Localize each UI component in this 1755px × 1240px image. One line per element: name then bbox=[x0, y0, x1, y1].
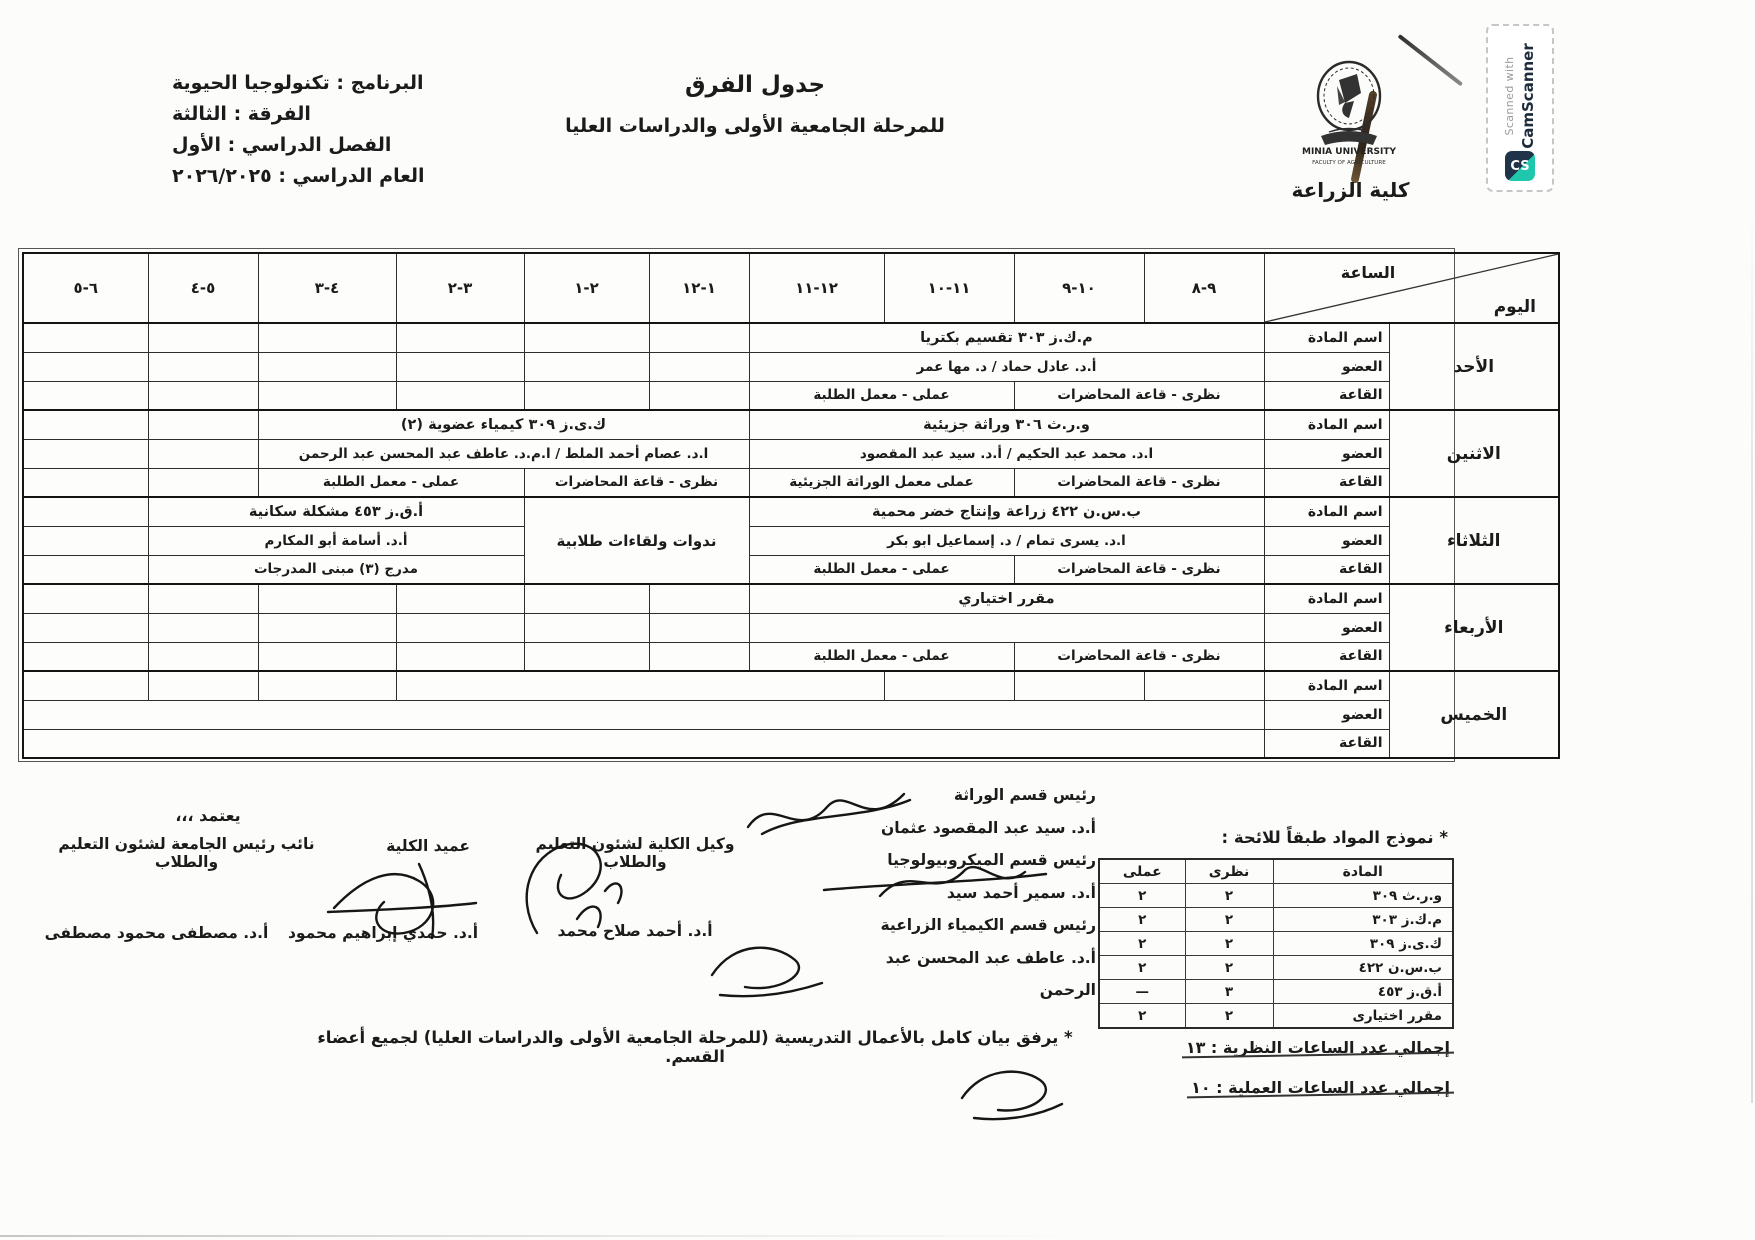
scan-artifact-needle bbox=[1398, 34, 1464, 86]
empty-cell bbox=[258, 381, 396, 410]
corner-hour-label: الساعة bbox=[1341, 263, 1395, 282]
year-line: العام الدراسي : ٢٠٢٦/٢٠٢٥ bbox=[172, 161, 462, 192]
day-thursday: الخميس bbox=[1389, 671, 1559, 758]
row-label-hall: القاعة bbox=[1264, 555, 1389, 584]
empty-cell bbox=[649, 352, 749, 381]
material-code: ب.س.ن ٤٢٢ bbox=[1273, 956, 1453, 980]
empty-cell bbox=[23, 497, 148, 526]
tuesday-hall-right-practical: عملى - معمل الطلبة bbox=[749, 555, 1014, 584]
slot-9-10: ١٠-٩ bbox=[1014, 253, 1144, 323]
empty-cell bbox=[148, 323, 258, 352]
sunday-lecturer: أ.د. عادل حماد / د. مها عمر bbox=[749, 352, 1264, 381]
empty-cell bbox=[649, 642, 749, 671]
monday-hall-right-theory: نظرى - قاعة المحاضرات bbox=[1014, 468, 1264, 497]
total-practical-hours: إجمالي عدد الساعات العملية : ١٠ bbox=[1105, 1078, 1450, 1097]
wednesday-lecturer-row: العضو bbox=[23, 613, 1559, 642]
sunday-hall-theory: نظرى - قاعة المحاضرات bbox=[1014, 381, 1264, 410]
empty-cell bbox=[524, 642, 649, 671]
grade-line: الفرقة : الثالثة bbox=[172, 99, 462, 130]
signature-vice-dean bbox=[505, 835, 640, 945]
tuesday-subject-left: أ.ق.ز ٤٥٣ مشكلة سكانية bbox=[148, 497, 524, 526]
slot-11-12: ١٢-١١ bbox=[749, 253, 884, 323]
wednesday-hall-practical: عملى - معمل الطلبة bbox=[749, 642, 1014, 671]
empty-cell bbox=[396, 642, 524, 671]
row-label-hall: القاعة bbox=[1264, 729, 1389, 758]
empty-cell bbox=[258, 352, 396, 381]
total-theory-text: إجمالي عدد الساعات النظرية : ١٣ bbox=[1186, 1038, 1450, 1057]
empty-cell bbox=[396, 613, 524, 642]
empty-cell bbox=[649, 613, 749, 642]
empty-cell bbox=[396, 323, 524, 352]
slot-3-4: ٤-٣ bbox=[258, 253, 396, 323]
monday-subject-right: و.ر.ث ٣٠٦ وراثة جزيئية bbox=[749, 410, 1264, 439]
camscanner-text-box: Scanned with CamScanner bbox=[1488, 38, 1552, 154]
dept-head-name: أ.د. عاطف عبد المحسن عبد الرحمن bbox=[848, 942, 1096, 1007]
total-theory-hours: إجمالي عدد الساعات النظرية : ١٣ bbox=[1105, 1038, 1450, 1057]
empty-cell bbox=[1144, 671, 1264, 700]
material-code: مقرر اختيارى bbox=[1273, 1004, 1453, 1029]
scan-edge-right bbox=[1751, 210, 1753, 1103]
day-sunday: الأحد bbox=[1389, 323, 1559, 410]
empty-cell bbox=[148, 584, 258, 613]
materials-table: المادة نظرى عملى و.ر.ث ٣٠٩ ٢ ٢ م.ك.ز ٣٠٣… bbox=[1098, 858, 1454, 1029]
slot-10-11: ١١-١٠ bbox=[884, 253, 1014, 323]
monday-hall-left-practical: عملى - معمل الطلبة bbox=[258, 468, 524, 497]
empty-cell bbox=[396, 381, 524, 410]
scanned-timetable-page: Scanned with CamScanner CS MINIA UNIVERS… bbox=[0, 0, 1755, 1240]
vp-name: أ.د. مصطفى محمود مصطفى bbox=[44, 924, 269, 942]
materials-header-row: المادة نظرى عملى bbox=[1099, 859, 1453, 884]
empty-cell bbox=[148, 468, 258, 497]
materials-table-wrap: المادة نظرى عملى و.ر.ث ٣٠٩ ٢ ٢ م.ك.ز ٣٠٣… bbox=[1098, 858, 1452, 1029]
material-theory-hours: ٢ bbox=[1185, 932, 1273, 956]
empty-cell bbox=[23, 555, 148, 584]
row-label-hall: القاعة bbox=[1264, 642, 1389, 671]
materials-row: ب.س.ن ٤٢٢ ٢ ٢ bbox=[1099, 956, 1453, 980]
slot-12-1: ١-١٢ bbox=[649, 253, 749, 323]
signature-extra bbox=[948, 1060, 1068, 1132]
empty-cell bbox=[749, 613, 1264, 642]
empty-cell bbox=[23, 323, 148, 352]
empty-cell bbox=[396, 671, 884, 700]
faculty-name: كلية الزراعة bbox=[1278, 178, 1423, 202]
corner-day-label: اليوم bbox=[1494, 297, 1536, 317]
timetable: الساعة اليوم ٩-٨ ١٠-٩ ١١-١٠ ١٢-١١ ١-١٢ ٢… bbox=[22, 252, 1560, 759]
wednesday-hall-theory: نظرى - قاعة المحاضرات bbox=[1014, 642, 1264, 671]
empty-cell bbox=[524, 613, 649, 642]
materials-row: م.ك.ز ٣٠٣ ٢ ٢ bbox=[1099, 908, 1453, 932]
empty-cell bbox=[23, 613, 148, 642]
empty-cell bbox=[23, 352, 148, 381]
material-theory-hours: ٣ bbox=[1185, 980, 1273, 1004]
dept-head-title: رئيس قسم الكيمياء الزراعية bbox=[848, 909, 1096, 942]
signature-genetics-head bbox=[742, 772, 917, 850]
program-info: البرنامج : تكنولوجيا الحيوية الفرقة : ال… bbox=[172, 68, 462, 192]
empty-cell bbox=[148, 381, 258, 410]
empty-cell bbox=[23, 584, 148, 613]
empty-cell bbox=[23, 381, 148, 410]
empty-cell bbox=[258, 613, 396, 642]
row-label-hall: القاعة bbox=[1264, 468, 1389, 497]
page-subtitle: للمرحلة الجامعية الأولى والدراسات العليا bbox=[555, 115, 955, 137]
thursday-subject-row: الخميس اسم المادة bbox=[23, 671, 1559, 700]
monday-lecturer-right: ا.د. محمد عبد الحكيم / أ.د. سيد عبد المق… bbox=[749, 439, 1264, 468]
monday-lecturer-left: ا.د. عصام أحمد الملط / ا.م.د. عاطف عبد ا… bbox=[258, 439, 749, 468]
day-tuesday: الثلاثاء bbox=[1389, 497, 1559, 584]
empty-cell bbox=[649, 323, 749, 352]
wednesday-subject-row: الأربعاء اسم المادة مقرر اختياري bbox=[23, 584, 1559, 613]
slot-2-3: ٣-٢ bbox=[396, 253, 524, 323]
empty-cell bbox=[23, 439, 148, 468]
empty-cell bbox=[23, 729, 1264, 758]
empty-cell bbox=[148, 410, 258, 439]
sunday-subject: م.ك.ز ٣٠٣ تقسيم بكتريا bbox=[749, 323, 1264, 352]
empty-cell bbox=[258, 584, 396, 613]
material-practical-hours: ٢ bbox=[1099, 956, 1185, 980]
approve-label: يعتمد ،،، bbox=[148, 806, 268, 825]
camscanner-text: Scanned with CamScanner bbox=[1503, 43, 1537, 149]
svg-text:FACULTY OF AGRICULTURE: FACULTY OF AGRICULTURE bbox=[1312, 160, 1386, 166]
camscanner-line2: CamScanner bbox=[1519, 43, 1537, 149]
university-logo: MINIA UNIVERSITY FACULTY OF AGRICULTURE bbox=[1293, 50, 1405, 178]
monday-subject-left: ك.ى.ز ٣٠٩ كيمياء عضوية (٢) bbox=[258, 410, 749, 439]
row-label-lecturer: العضو bbox=[1264, 352, 1389, 381]
empty-cell bbox=[148, 352, 258, 381]
material-theory-hours: ٢ bbox=[1185, 884, 1273, 908]
monday-hall-right-practical: عملى معمل الوراثة الجزيئية bbox=[749, 468, 1014, 497]
row-label-subject: اسم المادة bbox=[1264, 323, 1389, 352]
empty-cell bbox=[524, 584, 649, 613]
empty-cell bbox=[23, 526, 148, 555]
total-practical-text: إجمالي عدد الساعات العملية : ١٠ bbox=[1191, 1078, 1450, 1097]
empty-cell bbox=[23, 468, 148, 497]
empty-cell bbox=[524, 323, 649, 352]
material-theory-hours: ٢ bbox=[1185, 908, 1273, 932]
signature-dean bbox=[322, 850, 482, 950]
tuesday-lecturer-left: أ.د. أسامة أبو المكارم bbox=[148, 526, 524, 555]
empty-cell bbox=[258, 642, 396, 671]
empty-cell bbox=[524, 381, 649, 410]
empty-cell bbox=[1014, 671, 1144, 700]
empty-cell bbox=[524, 352, 649, 381]
materials-row: مقرر اختيارى ٢ ٢ bbox=[1099, 1004, 1453, 1029]
material-code: م.ك.ز ٣٠٣ bbox=[1273, 908, 1453, 932]
wednesday-subject: مقرر اختياري bbox=[749, 584, 1264, 613]
page-title: جدول الفرق bbox=[555, 72, 955, 98]
materials-row: أ.ق.ز ٤٥٣ ٣ — bbox=[1099, 980, 1453, 1004]
day-wednesday: الأربعاء bbox=[1389, 584, 1559, 671]
wednesday-hall-row: القاعة نظرى - قاعة المحاضرات عملى - معمل… bbox=[23, 642, 1559, 671]
empty-cell bbox=[258, 671, 396, 700]
timetable-header-row: الساعة اليوم ٩-٨ ١٠-٩ ١١-١٠ ١٢-١١ ١-١٢ ٢… bbox=[23, 253, 1559, 323]
scan-edge-bottom bbox=[0, 1235, 1088, 1237]
empty-cell bbox=[649, 584, 749, 613]
thursday-lecturer-row: العضو bbox=[23, 700, 1559, 729]
row-label-subject: اسم المادة bbox=[1264, 410, 1389, 439]
material-practical-hours: ٢ bbox=[1099, 1004, 1185, 1029]
row-label-subject: اسم المادة bbox=[1264, 584, 1389, 613]
signature-microbiology-head bbox=[820, 852, 1050, 907]
tuesday-hall-right-theory: نظرى - قاعة المحاضرات bbox=[1014, 555, 1264, 584]
slot-4-5: ٥-٤ bbox=[148, 253, 258, 323]
empty-cell bbox=[396, 352, 524, 381]
tuesday-subject-row: الثلاثاء اسم المادة ب.س.ن ٤٢٢ زراعة وإنت… bbox=[23, 497, 1559, 526]
sunday-hall-practical: عملى - معمل الطلبة bbox=[749, 381, 1014, 410]
signature-chemistry-head bbox=[700, 935, 830, 1005]
camscanner-badge: Scanned with CamScanner CS bbox=[1486, 24, 1554, 192]
corner-cell: الساعة اليوم bbox=[1264, 253, 1559, 323]
vp-title: نائب رئيس الجامعة لشئون التعليم والطلاب bbox=[34, 835, 339, 871]
material-theory-hours: ٢ bbox=[1185, 956, 1273, 980]
empty-cell bbox=[23, 700, 1264, 729]
row-label-subject: اسم المادة bbox=[1264, 671, 1389, 700]
tuesday-hall-row: القاعة نظرى - قاعة المحاضرات عملى - معمل… bbox=[23, 555, 1559, 584]
empty-cell bbox=[258, 323, 396, 352]
timetable-frame: الساعة اليوم ٩-٨ ١٠-٩ ١١-١٠ ١٢-١١ ١-١٢ ٢… bbox=[18, 248, 1455, 762]
materials-header-subject: المادة bbox=[1273, 859, 1453, 884]
tuesday-seminars-cell: ندوات ولقاءات طلابية bbox=[524, 497, 749, 584]
camscanner-line1: Scanned with bbox=[1503, 56, 1516, 135]
empty-cell bbox=[148, 439, 258, 468]
empty-cell bbox=[148, 671, 258, 700]
slot-5-6: ٦-٥ bbox=[23, 253, 148, 323]
title-block: جدول الفرق للمرحلة الجامعية الأولى والدر… bbox=[555, 72, 955, 137]
row-label-hall: القاعة bbox=[1264, 381, 1389, 410]
empty-cell bbox=[23, 671, 148, 700]
row-label-lecturer: العضو bbox=[1264, 700, 1389, 729]
material-practical-hours: ٢ bbox=[1099, 908, 1185, 932]
empty-cell bbox=[23, 642, 148, 671]
day-monday: الاثنين bbox=[1389, 410, 1559, 497]
empty-cell bbox=[23, 410, 148, 439]
sunday-hall-row: القاعة نظرى - قاعة المحاضرات عملى - معمل… bbox=[23, 381, 1559, 410]
camscanner-logo-icon: CS bbox=[1505, 151, 1535, 181]
tuesday-hall-left: مدرج (٣) مبنى المدرجات bbox=[148, 555, 524, 584]
row-label-lecturer: العضو bbox=[1264, 613, 1389, 642]
material-code: ك.ى.ز ٣٠٩ bbox=[1273, 932, 1453, 956]
material-theory-hours: ٢ bbox=[1185, 1004, 1273, 1029]
materials-row: و.ر.ث ٣٠٩ ٢ ٢ bbox=[1099, 884, 1453, 908]
thursday-hall-row: القاعة bbox=[23, 729, 1559, 758]
material-code: و.ر.ث ٣٠٩ bbox=[1273, 884, 1453, 908]
row-label-subject: اسم المادة bbox=[1264, 497, 1389, 526]
program-line: البرنامج : تكنولوجيا الحيوية bbox=[172, 68, 462, 99]
material-practical-hours: ٢ bbox=[1099, 932, 1185, 956]
material-practical-hours: ٢ bbox=[1099, 884, 1185, 908]
materials-header-practical: عملى bbox=[1099, 859, 1185, 884]
sunday-subject-row: الأحد اسم المادة م.ك.ز ٣٠٣ تقسيم بكتريا bbox=[23, 323, 1559, 352]
material-practical-hours: — bbox=[1099, 980, 1185, 1004]
slot-1-2: ٢-١ bbox=[524, 253, 649, 323]
row-label-lecturer: العضو bbox=[1264, 439, 1389, 468]
empty-cell bbox=[148, 642, 258, 671]
slot-8-9: ٩-٨ bbox=[1144, 253, 1264, 323]
sunday-lecturer-row: العضو أ.د. عادل حماد / د. مها عمر bbox=[23, 352, 1559, 381]
materials-heading: * نموذج المواد طبقاً للائحة : bbox=[1140, 828, 1448, 847]
materials-header-theory: نظرى bbox=[1185, 859, 1273, 884]
material-code: أ.ق.ز ٤٥٣ bbox=[1273, 980, 1453, 1004]
tuesday-lecturer-right: ا.د. يسرى تمام / د. إسماعيل ابو بكر bbox=[749, 526, 1264, 555]
monday-hall-row: القاعة نظرى - قاعة المحاضرات عملى معمل ا… bbox=[23, 468, 1559, 497]
monday-hall-left-theory: نظرى - قاعة المحاضرات bbox=[524, 468, 749, 497]
footnote: * يرفق بيان كامل بالأعمال التدريسية (للم… bbox=[290, 1028, 1100, 1066]
empty-cell bbox=[649, 381, 749, 410]
row-label-lecturer: العضو bbox=[1264, 526, 1389, 555]
svg-text:MINIA UNIVERSITY: MINIA UNIVERSITY bbox=[1302, 147, 1396, 157]
empty-cell bbox=[396, 584, 524, 613]
university-emblem-icon: MINIA UNIVERSITY FACULTY OF AGRICULTURE bbox=[1293, 50, 1405, 178]
empty-cell bbox=[884, 671, 1014, 700]
semester-line: الفصل الدراسي : الأول bbox=[172, 130, 462, 161]
materials-row: ك.ى.ز ٣٠٩ ٢ ٢ bbox=[1099, 932, 1453, 956]
monday-subject-row: الاثنين اسم المادة و.ر.ث ٣٠٦ وراثة جزيئي… bbox=[23, 410, 1559, 439]
empty-cell bbox=[148, 613, 258, 642]
tuesday-lecturer-row: العضو ا.د. يسرى تمام / د. إسماعيل ابو بك… bbox=[23, 526, 1559, 555]
monday-lecturer-row: العضو ا.د. محمد عبد الحكيم / أ.د. سيد عب… bbox=[23, 439, 1559, 468]
tuesday-subject-right: ب.س.ن ٤٢٢ زراعة وإنتاج خضر محمية bbox=[749, 497, 1264, 526]
